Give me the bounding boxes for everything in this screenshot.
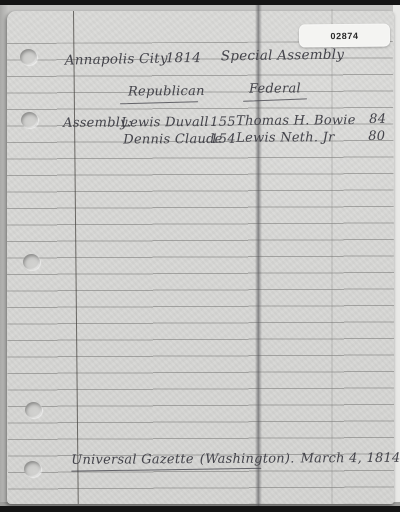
citation-underline xyxy=(71,468,261,472)
party-underline-right xyxy=(243,98,307,102)
vote-count: 80 xyxy=(368,129,385,144)
candidate-name: Dennis Claude xyxy=(123,132,222,148)
candidate-name: Thomas H. Bowie xyxy=(236,113,356,129)
citation-location: (Washington). xyxy=(200,451,295,467)
scan-root: 02874 Annapolis City 1814 Special Assemb… xyxy=(0,0,400,512)
handwriting-layer: Annapolis City 1814 Special Assembly Rep… xyxy=(0,0,400,512)
vote-count: 154 xyxy=(210,132,236,147)
scan-edge-bottom xyxy=(0,506,400,512)
heading-election: Special Assembly xyxy=(221,47,345,65)
vote-count: 155 xyxy=(210,115,236,130)
vote-count: 84 xyxy=(369,112,386,127)
archive-label: 02874 xyxy=(299,24,390,48)
candidate-name: Lewis Neth. Jr xyxy=(236,130,334,146)
candidate-name: Lewis Duvall xyxy=(121,115,209,131)
party-column-right: Federal xyxy=(249,81,301,96)
heading-year: 1814 xyxy=(166,50,201,66)
heading-place: Annapolis City xyxy=(65,50,168,68)
scan-edge-top xyxy=(0,0,400,5)
citation-date: March 4, 1814 xyxy=(301,451,400,467)
citation: Universal Gazette (Washington). March 4,… xyxy=(71,451,400,468)
party-underline-left xyxy=(120,101,198,104)
citation-source: Universal Gazette xyxy=(71,452,194,468)
party-column-left: Republican xyxy=(128,84,205,99)
archive-label-number: 02874 xyxy=(330,30,358,40)
